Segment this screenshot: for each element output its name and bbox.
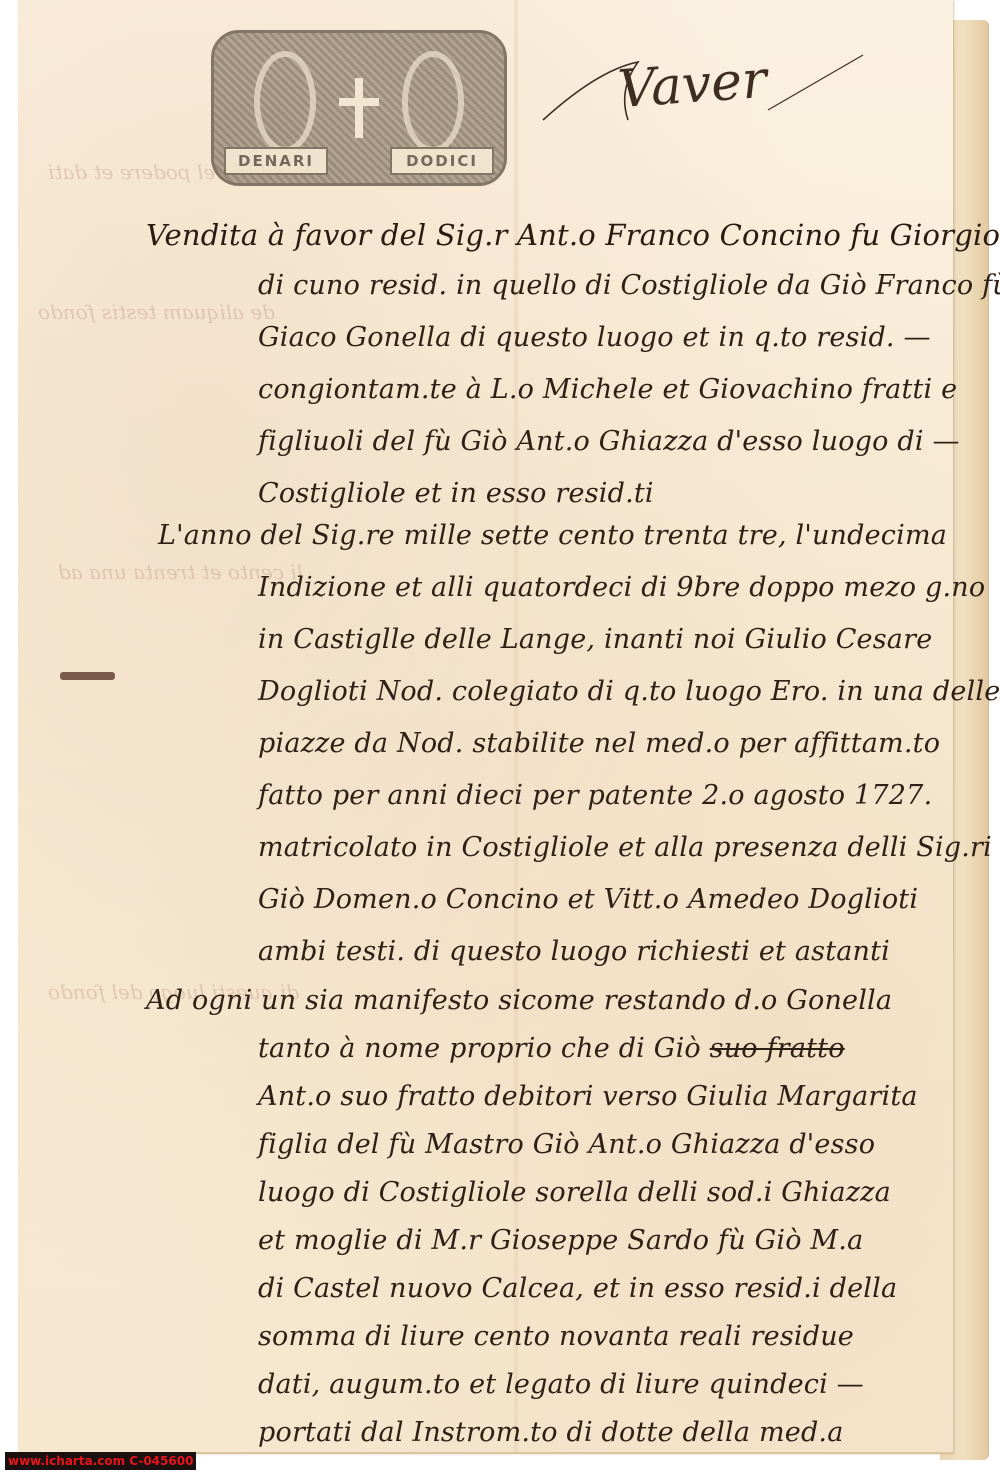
paragraph-text: tanto à nome proprio che di Giò [258,1033,701,1064]
paragraph-line: Ad ogni un sia manifesto sicome restando… [146,985,892,1016]
source-watermark: www.icharta.com C-045600 [5,1452,196,1470]
paragraph-line: fatto per anni dieci per patente 2.o ago… [258,780,932,811]
paragraph-line: dati, augum.to et legato di liure quinde… [258,1369,864,1400]
paragraph-line: matricolato in Costigliole et alla prese… [258,832,992,863]
revenue-stamp: DENARI DODICI [211,30,507,186]
heading-line: Vendita à favor del Sig.r Ant.o Franco C… [146,218,1000,252]
heading-line: di cuno resid. in quello di Costigliole … [258,270,1000,301]
stamp-label-left: DENARI [224,147,328,175]
paragraph-line: piazze da Nod. stabilite nel med.o per a… [258,728,940,759]
bleed-through: de aliquam testis fondo [38,300,275,324]
paragraph-line: in Castiglle delle Lange, inanti noi Giu… [258,624,932,655]
paragraph-line: di Castel nuovo Calcea, et in esso resid… [258,1273,897,1304]
signature: Vaver [616,50,769,120]
stamp-ornament [402,51,464,153]
stamp-ornament [254,51,316,153]
paragraph-line: luogo di Costigliole sorella delli sod.i… [258,1177,891,1208]
cross-icon [339,78,379,138]
paragraph-line: ambi testi. di questo luogo richiesti et… [258,936,890,967]
margin-ink-mark [60,672,115,680]
paragraph-line: Indizione et alli quatordeci di 9bre dop… [258,572,985,603]
document-page: vendita del podere et dati de aliquam te… [18,0,953,1454]
paragraph-line: Ant.o suo fratto debitori verso Giulia M… [258,1081,918,1112]
paragraph-line: Giò Domen.o Concino et Vitt.o Amedeo Dog… [258,884,918,915]
paragraph-line: et moglie di M.r Gioseppe Sardo fù Giò M… [258,1225,863,1256]
heading-line: congiontam.te à L.o Michele et Giovachin… [258,374,957,405]
heading-line: figliuoli del fù Giò Ant.o Ghiazza d'ess… [258,426,960,457]
paragraph-line: L'anno del Sig.re mille sette cento tren… [158,520,947,551]
heading-line: Costigliole et in esso resid.ti [258,478,654,509]
paragraph-line: Doglioti Nod. colegiato di q.to luogo Er… [258,676,1000,707]
paragraph-line: tanto à nome proprio che di Giò suo frat… [258,1033,845,1064]
struck-text: suo fratto [710,1033,845,1064]
stamp-label-right: DODICI [390,147,494,175]
paragraph-line: figlia del fù Mastro Giò Ant.o Ghiazza d… [258,1129,875,1160]
paragraph-line: portati dal Instrom.to di dotte della me… [258,1417,844,1448]
heading-line: Giaco Gonella di questo luogo et in q.to… [258,322,931,353]
paragraph-line: somma di liure cento novanta reali resid… [258,1321,854,1352]
